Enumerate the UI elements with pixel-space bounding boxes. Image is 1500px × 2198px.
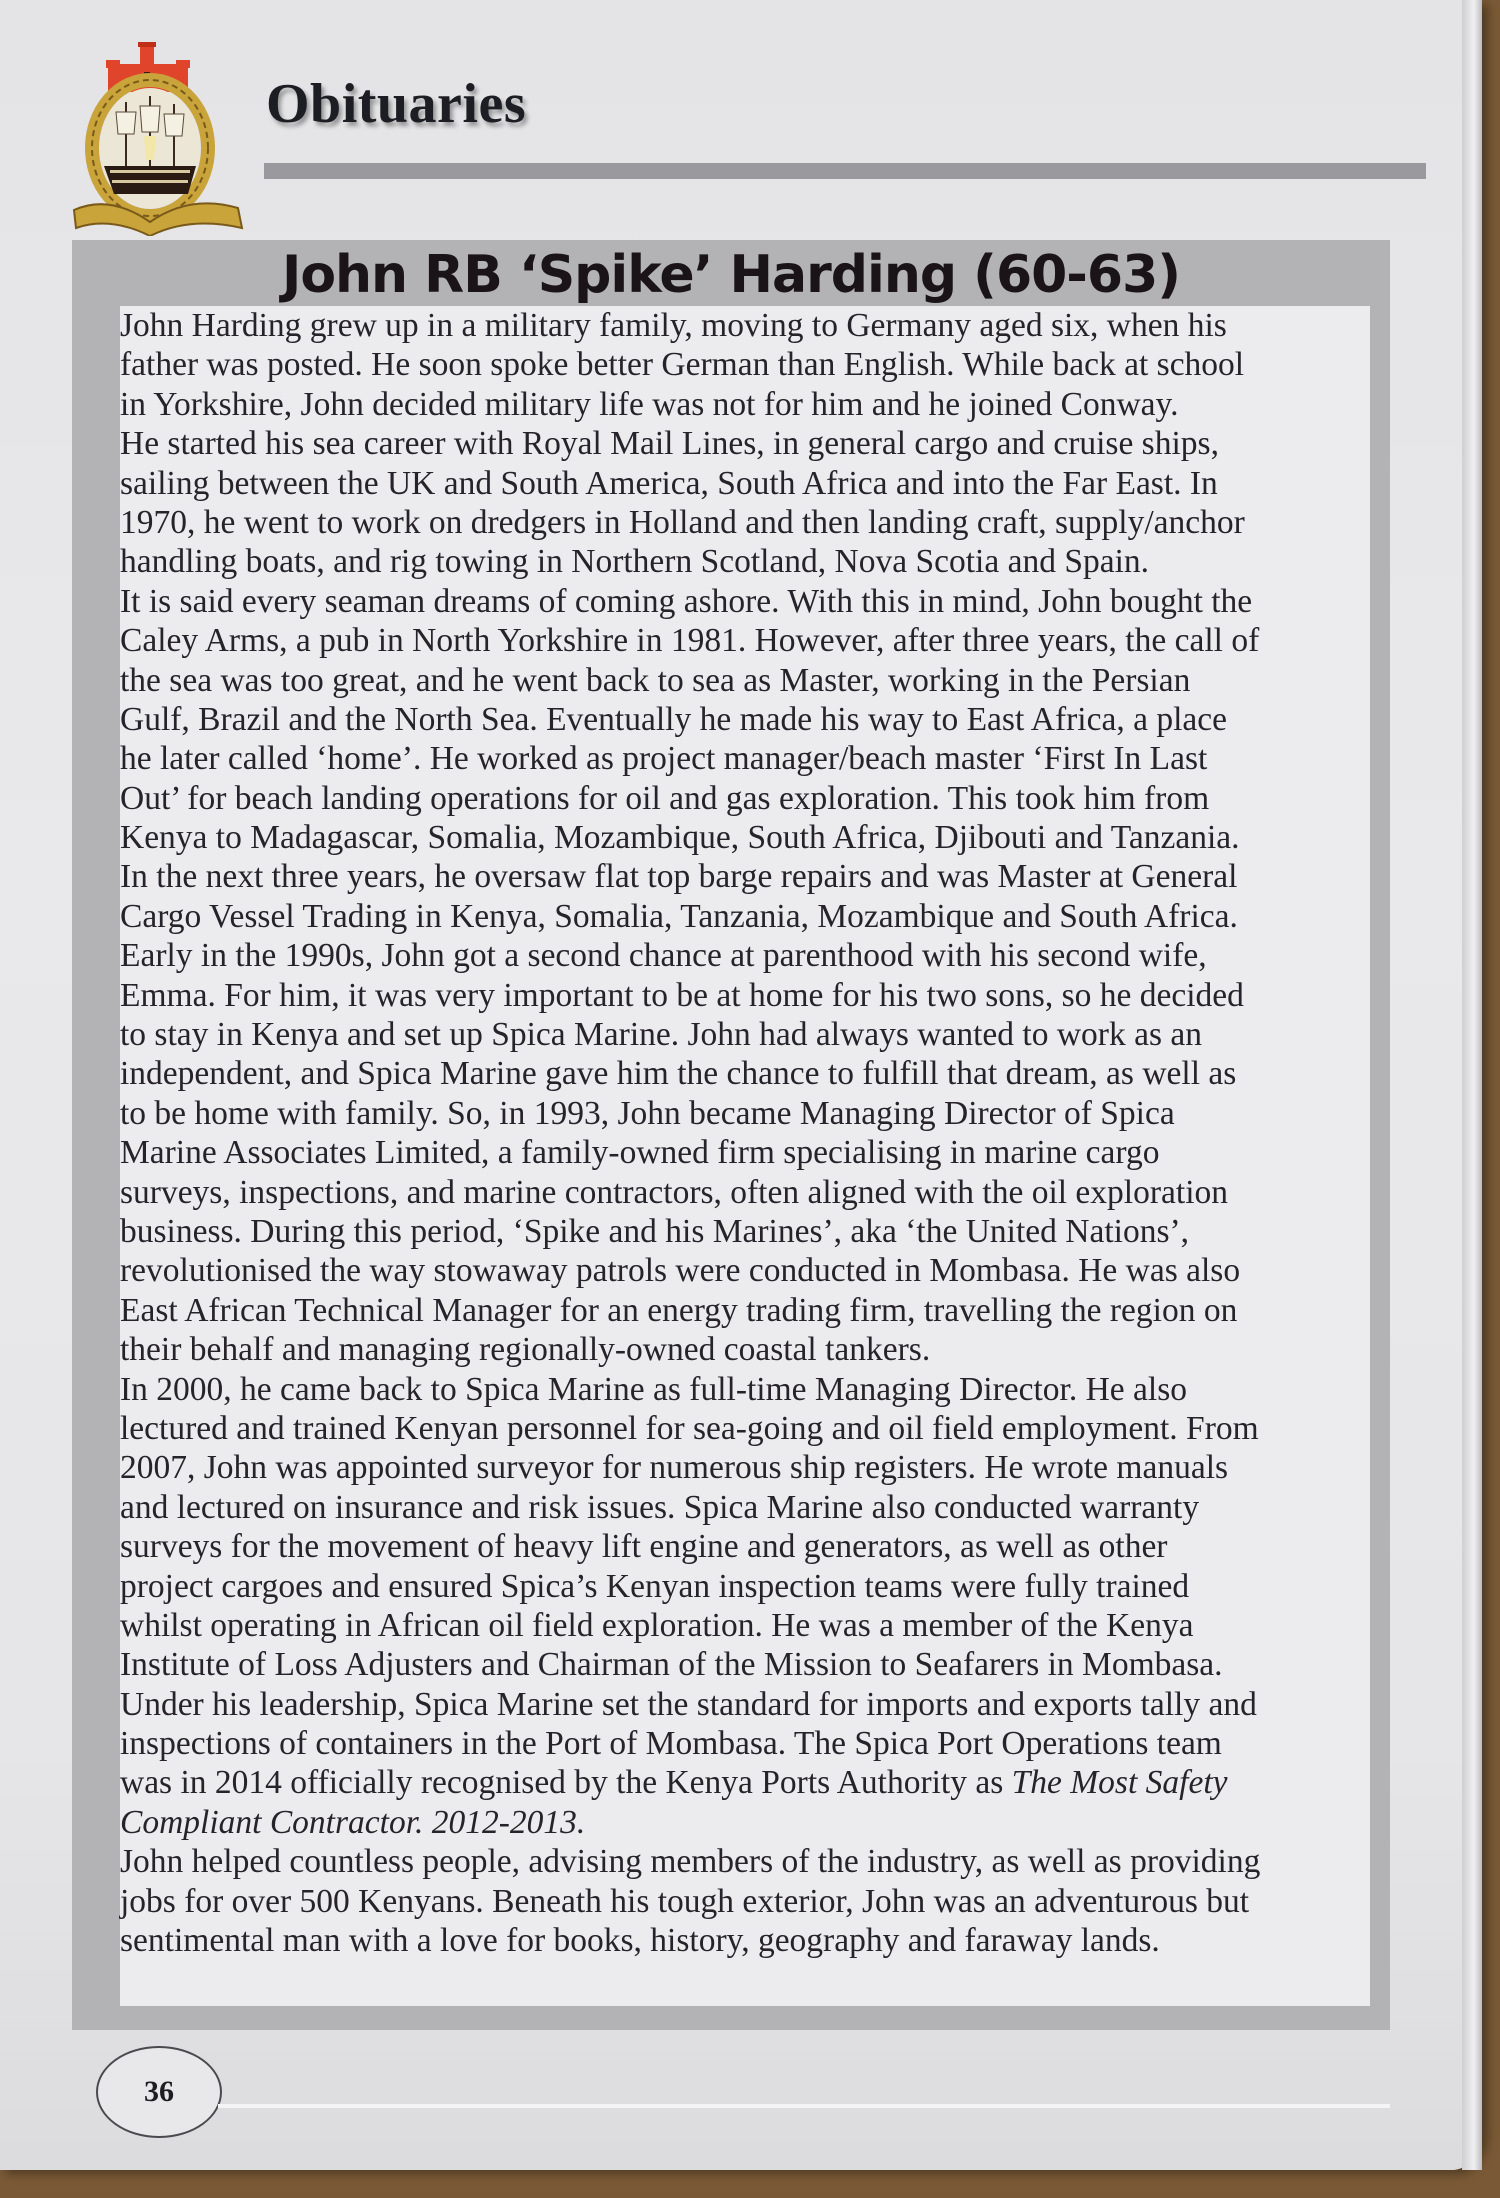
footer-rule — [218, 2104, 1390, 2108]
body-line-award-cont: Compliant Contractor. 2012-2013. — [120, 1803, 1400, 1842]
body-line: Out’ for beach landing operations for oi… — [120, 779, 1400, 818]
body-line: Kenya to Madagascar, Somalia, Mozambique… — [120, 818, 1400, 857]
body-line: and lectured on insurance and risk issue… — [120, 1488, 1400, 1527]
body-line: revolutionised the way stowaway patrols … — [120, 1251, 1400, 1290]
body-line: whilst operating in African oil field ex… — [120, 1606, 1400, 1645]
page-edge — [1462, 0, 1482, 2170]
body-line: inspections of containers in the Port of… — [120, 1724, 1400, 1763]
body-line: surveys for the movement of heavy lift e… — [120, 1527, 1400, 1566]
award-prefix: was in 2014 officially recognised by the… — [120, 1764, 1012, 1801]
section-title: Obituaries — [266, 72, 526, 136]
closing-line: sentimental man with a love for books, h… — [120, 1921, 1400, 1960]
body-line: business. During this period, ‘Spike and… — [120, 1212, 1400, 1251]
body-line: He started his sea career with Royal Mai… — [120, 424, 1400, 463]
body-line: Emma. For him, it was very important to … — [120, 976, 1400, 1015]
body-line: independent, and Spica Marine gave him t… — [120, 1054, 1400, 1093]
body-line: to stay in Kenya and set up Spica Marine… — [120, 1015, 1400, 1054]
body-line: Under his leadership, Spica Marine set t… — [120, 1685, 1400, 1724]
body-line-award: was in 2014 officially recognised by the… — [120, 1763, 1400, 1802]
body-line: In 2000, he came back to Spica Marine as… — [120, 1370, 1400, 1409]
body-line: 1970, he went to work on dredgers in Hol… — [120, 503, 1400, 542]
body-line: he later called ‘home’. He worked as pro… — [120, 739, 1400, 778]
body-line: Institute of Loss Adjusters and Chairman… — [120, 1645, 1400, 1684]
body-line: their behalf and managing regionally-own… — [120, 1330, 1400, 1369]
page-number-badge: 36 — [96, 2046, 222, 2138]
page-number: 36 — [98, 2048, 220, 2136]
body-line: project cargoes and ensured Spica’s Keny… — [120, 1567, 1400, 1606]
body-line: to be home with family. So, in 1993, Joh… — [120, 1094, 1400, 1133]
body-line: Caley Arms, a pub in North Yorkshire in … — [120, 621, 1400, 660]
article-body-text: John Harding grew up in a military famil… — [120, 306, 1400, 1960]
body-line: the sea was too great, and he went back … — [120, 661, 1400, 700]
body-line: handling boats, and rig towing in Northe… — [120, 542, 1400, 581]
award-title-italic-cont: Compliant Contractor. 2012-2013. — [120, 1804, 585, 1841]
header-rule — [264, 163, 1426, 179]
closing-line: John helped countless people, advising m… — [120, 1842, 1400, 1881]
body-line: in Yorkshire, John decided military life… — [120, 385, 1400, 424]
body-line: surveys, inspections, and marine contrac… — [120, 1173, 1400, 1212]
body-line: In the next three years, he oversaw flat… — [120, 857, 1400, 896]
body-line: John Harding grew up in a military famil… — [120, 306, 1400, 345]
body-line: Marine Associates Limited, a family-owne… — [120, 1133, 1400, 1172]
body-line: father was posted. He soon spoke better … — [120, 345, 1400, 384]
article-title: John RB ‘Spike’ Harding (60-63) — [72, 240, 1390, 310]
closing-line: jobs for over 500 Kenyans. Beneath his t… — [120, 1882, 1400, 1921]
ship-castle-crest-icon — [70, 38, 250, 236]
body-line: lectured and trained Kenyan personnel fo… — [120, 1409, 1400, 1448]
magazine-page: Obituaries John RB ‘Spike’ Harding (60-6… — [0, 0, 1482, 2170]
body-line: East African Technical Manager for an en… — [120, 1291, 1400, 1330]
body-line: Gulf, Brazil and the North Sea. Eventual… — [120, 700, 1400, 739]
body-line: It is said every seaman dreams of coming… — [120, 582, 1400, 621]
award-title-italic: The Most Safety — [1012, 1764, 1228, 1801]
body-line: 2007, John was appointed surveyor for nu… — [120, 1448, 1400, 1487]
body-line: Cargo Vessel Trading in Kenya, Somalia, … — [120, 897, 1400, 936]
body-line: sailing between the UK and South America… — [120, 464, 1400, 503]
body-line: Early in the 1990s, John got a second ch… — [120, 936, 1400, 975]
